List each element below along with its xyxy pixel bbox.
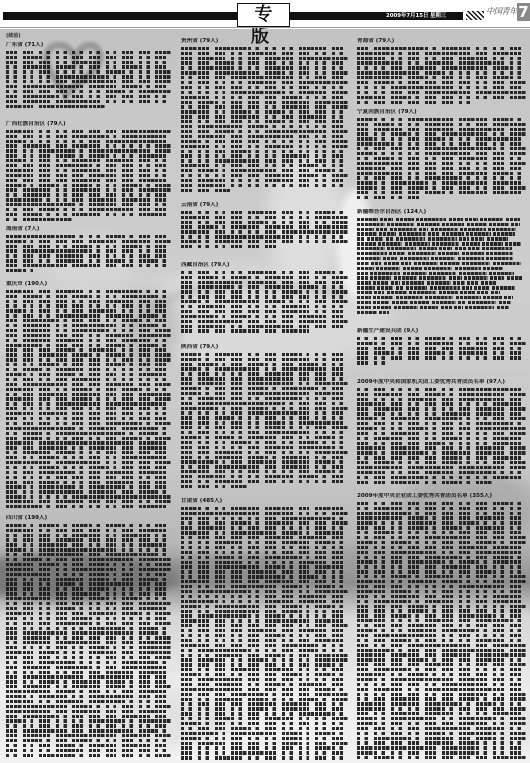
name-entry [408,476,424,479]
name-entry [315,610,326,613]
name-entry [39,553,55,556]
name-entry [39,597,50,600]
name-cell [155,504,172,509]
name-entry [122,100,133,103]
name-cell [106,212,123,217]
name-entry [332,300,348,303]
name-cell [72,753,89,758]
name-entry [122,563,133,566]
name-entry [6,188,17,191]
name-entry [332,66,343,69]
name-entry [215,624,226,627]
name-entry [315,600,326,603]
name-entry [489,223,509,226]
name-entry [357,412,368,415]
name-entry [399,232,426,235]
name-entry [476,702,492,705]
name-entry [357,388,368,391]
name-entry [315,305,326,308]
name-entry [357,172,373,175]
name-entry [198,644,209,647]
name-entry [459,746,475,749]
name-entry [215,649,231,652]
name-entry [39,56,50,59]
name-entry [72,592,88,595]
name-entry [39,476,50,479]
name-entry [39,656,50,659]
name-entry [89,432,105,435]
name-entry [6,90,17,93]
name-entry [357,267,374,270]
name-entry [155,393,171,396]
name-entry [89,627,105,630]
name-entry [425,673,436,676]
name-entry [215,407,226,410]
name-entry [248,526,259,529]
name-entry [493,658,504,661]
name-entry [56,348,72,351]
name-entry [72,339,83,342]
name-entry [493,707,504,710]
name-entry [198,436,209,439]
name-entry [155,264,166,267]
name-entry [56,169,67,172]
name-entry [106,456,117,459]
name-entry [6,378,17,381]
name-entry [391,451,407,454]
name-entry [425,536,441,539]
name-entry [56,587,67,590]
name-entry [39,164,50,167]
name-entry [155,476,166,479]
name-entry [122,383,133,386]
name-entry [476,66,487,69]
name-entry [493,502,509,505]
name-entry [357,697,368,700]
name-entry [23,495,34,498]
name-entry [6,169,22,172]
name-entry [198,211,209,214]
name-row [6,217,172,222]
name-entry [357,639,368,642]
name-entry [215,507,226,510]
name-entry [56,144,67,147]
name-entry [155,715,166,718]
name-entry [507,276,522,279]
name-entry [299,221,310,224]
name-entry [510,128,526,131]
section-xinjiang-bingtuan: 新疆生产建设兵团(9人) [357,328,527,365]
name-entry [106,485,122,488]
name-entry [357,732,368,735]
name-entry [510,609,521,612]
name-entry [493,649,504,652]
name-entry [357,634,368,637]
name-entry [391,727,402,730]
name-entry [282,145,293,148]
name-entry [198,320,214,323]
name-entry [181,164,197,167]
name-entry [357,86,368,89]
name-entry [282,367,298,370]
name-entry [106,568,117,571]
name-entry [510,132,526,135]
section-count: (79人) [200,38,219,44]
name-entry [476,565,487,568]
name-entry [510,342,526,345]
name-entry [56,309,67,312]
name-entry [408,688,419,691]
name-entry [72,407,83,410]
name-entry [389,252,405,255]
name-entry [455,267,481,270]
name-entry [442,746,458,749]
name-entry [493,663,504,666]
name-entry [493,683,504,686]
name-entry [493,71,504,74]
name-entry [493,422,509,425]
name-entry [106,245,117,248]
name-entry [493,697,504,700]
name-entry [6,437,17,440]
name-entry [72,680,88,683]
name-entry [357,595,368,598]
name-entry [23,393,34,396]
name-entry [56,208,67,211]
name-entry [6,56,17,59]
name-entry [231,285,242,288]
name-entry [408,526,424,529]
name-cell [459,100,476,105]
name-entry [39,651,55,654]
name-entry [357,281,371,284]
name-entry [106,563,117,566]
name-entry [139,95,150,98]
name-entry [106,636,117,639]
section-title: 专版 [237,3,290,27]
name-entry [139,154,155,157]
name-entry [493,526,504,529]
name-entry [248,421,259,424]
name-entry [56,675,72,678]
name-entry [425,634,436,637]
name-entry [282,727,293,730]
name-entry [282,639,293,642]
name-entry [442,446,453,449]
name-entry [459,57,475,60]
name-entry [265,590,276,593]
name-entry [39,578,50,581]
name-entry [39,159,50,162]
name-entry [332,507,343,510]
name-entry [425,123,441,126]
name-entry [282,702,298,705]
name-entry [106,505,117,508]
name-entry [181,189,192,192]
name-cell [122,753,139,758]
name-entry [510,649,526,652]
name-entry [315,235,326,238]
name-entry [231,678,242,681]
name-entry [265,446,281,449]
name-entry [72,51,83,54]
name-entry [231,387,242,390]
name-entry [106,213,117,216]
name-entry [357,702,373,705]
name-entry [106,534,117,537]
name-entry [122,188,133,191]
name-entry [122,461,133,464]
name-cell [89,104,106,109]
name-entry [282,475,293,478]
name-entry [155,179,166,182]
name-entry [248,290,259,293]
name-entry [376,228,387,231]
name-entry [215,57,226,60]
name-entry [459,614,475,617]
name-entry [442,471,453,474]
name-entry [282,722,293,725]
name-entry [408,605,424,608]
name-entry [198,184,214,187]
name-entry [231,52,242,55]
name-entry [6,719,22,722]
name-entry [198,315,214,318]
name-entry [181,290,192,293]
name-cell [425,755,442,760]
name-entry [122,149,138,152]
name-entry [56,193,67,196]
name-entry [391,437,402,440]
name-entry [299,120,310,123]
name-entry [139,412,150,415]
name-entry [374,96,385,99]
name-entry [510,356,521,359]
name-entry [56,130,67,133]
name-entry [139,169,150,172]
name-entry [357,196,368,199]
name-entry [6,140,22,143]
name-entry [493,717,504,720]
name-entry [139,240,150,243]
name-entry [181,407,197,410]
name-entry [198,235,209,238]
name-entry [442,693,453,696]
name-row [181,755,349,760]
name-entry [282,546,293,549]
name-entry [510,732,526,735]
name-entry [89,734,105,737]
name-entry [56,179,67,182]
name-entry [476,176,487,179]
name-entry [155,319,166,322]
name-entry [23,651,34,654]
name-entry [391,556,402,559]
name-entry [409,291,436,294]
name-entry [248,329,259,332]
name-entry [122,456,138,459]
name-entry [231,551,242,554]
name-entry [265,639,276,642]
name-entry [231,712,242,715]
name-entry [357,132,368,135]
name-cell [425,480,442,485]
name-entry [332,451,348,454]
name-entry [215,387,226,390]
name-entry [122,671,133,674]
name-entry [155,671,166,674]
name-entry [89,538,100,541]
name-entry [231,96,242,99]
name-row [357,310,527,315]
name-entry [357,96,373,99]
name-entry [72,159,88,162]
name-entry [39,61,50,64]
name-entry [122,432,133,435]
name-entry [493,86,504,89]
name-entry [89,235,100,238]
name-entry [476,590,487,593]
name-entry [181,451,192,454]
name-entry [181,526,192,529]
name-entry [282,575,293,578]
name-entry [6,254,17,257]
name-entry [459,152,470,155]
name-entry [391,507,402,510]
name-entry [408,442,419,445]
name-entry [215,52,226,55]
name-entry [56,314,72,317]
name-entry [371,262,381,265]
name-entry [391,590,407,593]
name-entry [122,368,133,371]
name-entry [476,560,487,563]
name-entry [198,614,214,617]
name-entry [282,756,293,759]
name-entry [332,407,348,410]
name-entry [332,610,343,613]
name-entry [506,218,520,221]
name-entry [72,437,83,440]
name-entry [122,259,133,262]
name-entry [374,580,385,583]
name-entry [6,144,17,147]
name-entry [459,507,470,510]
name-entry [374,619,385,622]
name-entry [459,128,475,131]
name-entry [476,516,492,519]
name-entry [39,622,50,625]
name-entry [139,466,150,469]
name-entry [265,125,276,128]
name-entry [106,388,117,391]
name-entry [72,193,83,196]
name-entry [357,417,373,420]
section-count: (79人) [47,121,66,127]
name-entry [476,47,487,50]
name-entry [56,631,67,634]
name-entry [373,306,391,309]
name-entry [122,363,133,366]
name-entry [231,441,247,444]
name-entry [357,398,368,401]
name-entry [181,125,192,128]
name-entry [442,575,453,578]
name-entry [315,240,326,243]
name-entry [493,634,504,637]
name-entry [459,162,470,165]
name-entry [442,526,458,529]
name-entry [391,605,402,608]
header-rule [0,27,530,28]
name-cell [89,263,106,268]
name-entry [155,412,166,415]
name-entry [510,551,521,554]
name-entry [155,543,166,546]
name-entry [374,66,385,69]
name-entry [155,631,166,634]
name-entry [155,295,166,298]
name-entry [56,412,67,415]
name-entry [56,432,72,435]
name-entry [374,526,385,529]
name-entry [181,470,197,473]
name-entry [315,658,331,661]
name-entry [6,705,22,708]
name-entry [357,147,368,150]
name-cell [357,100,374,105]
name-cell [72,104,89,109]
name-entry [248,140,259,143]
name-entry [231,225,247,228]
name-entry [332,377,343,380]
name-entry [215,470,226,473]
name-entry [248,742,259,745]
name-entry [89,739,100,742]
name-entry [425,96,436,99]
name-entry [231,663,242,666]
name-entry [155,607,166,610]
name-entry [442,417,458,420]
name-entry [89,592,100,595]
name-entry [248,372,259,375]
name-entry [265,81,276,84]
name-entry [122,700,133,703]
name-entry [265,285,281,288]
name-entry [373,296,393,299]
name-entry [299,737,310,740]
name-entry [198,649,214,652]
name-entry [198,722,209,725]
name-entry [72,368,83,371]
name-entry [198,135,214,138]
name-entry [39,495,50,498]
name-entry [425,644,441,647]
name-entry [265,211,276,214]
name-entry [265,565,281,568]
name-entry [89,208,105,211]
name-entry [39,319,55,322]
name-entry [442,61,453,64]
name-entry [476,446,492,449]
name-entry [391,512,407,515]
name-entry [265,315,276,318]
name-entry [39,388,50,391]
name-entry [155,309,166,312]
name-entry [56,368,72,371]
name-entry [265,610,276,613]
name-entry [332,698,348,701]
